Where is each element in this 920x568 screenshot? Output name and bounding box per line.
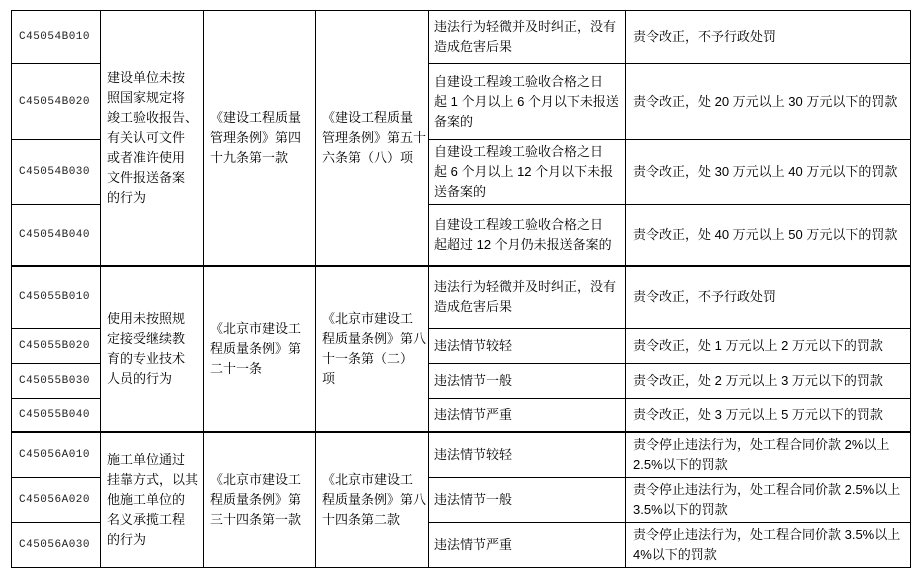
- code-cell: C45054B030: [12, 140, 101, 205]
- penalty-discretion-table: C45054B010 建设单位未按 照国家规定将 竣工验收报告、 有关认可文件 …: [11, 10, 911, 568]
- penalty-cell: 责令改正，处 20 万元以上 30 万元以下的罚款: [626, 64, 911, 140]
- penalty-cell: 责令改正，处 3 万元以上 5 万元以下的罚款: [626, 399, 911, 432]
- penalty-cell: 责令改正，不予行政处罚: [626, 266, 911, 329]
- penalty-cell: 责令停止违法行为，处工程合同价款 2.5%以上 3.5%以下的罚款: [626, 477, 911, 522]
- circumstance-cell: 违法情节较轻: [429, 329, 626, 364]
- circumstance-cell: 自建设工程竣工验收合格之日 起超过 12 个月仍未报送备案的: [429, 205, 626, 266]
- behavior-cell: 建设单位未按 照国家规定将 竣工验收报告、 有关认可文件 或者准许使用 文件报送…: [101, 11, 204, 266]
- behavior-cell: 使用未按照规 定接受继续教 育的专业技术 人员的行为: [101, 266, 204, 432]
- code-cell: C45054B020: [12, 64, 101, 140]
- code-cell: C45056A010: [12, 432, 101, 478]
- code-cell: C45055B020: [12, 329, 101, 364]
- penalty-cell: 责令停止违法行为，处工程合同价款 3.5%以上 4%以下的罚款: [626, 522, 911, 567]
- legal-basis-cell: 《北京市建设工 程质量条例》第 二十一条: [204, 266, 316, 432]
- code-cell: C45056A020: [12, 477, 101, 522]
- circumstance-cell: 违法情节一般: [429, 364, 626, 399]
- code-cell: C45055B040: [12, 399, 101, 432]
- penalty-cell: 责令停止违法行为，处工程合同价款 2%以上 2.5%以下的罚款: [626, 432, 911, 478]
- penalty-cell: 责令改正，不予行政处罚: [626, 11, 911, 64]
- penalty-basis-cell: 《北京市建设工 程质量条例》第八 十一条第（二） 项: [316, 266, 429, 432]
- penalty-basis-cell: 《建设工程质量 管理条例》第五十 六条第（八）项: [316, 11, 429, 266]
- circumstance-cell: 违法情节严重: [429, 399, 626, 432]
- code-cell: C45056A030: [12, 522, 101, 567]
- penalty-basis-cell: 《北京市建设工 程质量条例》第八 十四条第二款: [316, 432, 429, 568]
- circumstance-cell: 自建设工程竣工验收合格之日 起 6 个月以上 12 个月以下未报 送备案的: [429, 140, 626, 205]
- circumstance-cell: 自建设工程竣工验收合格之日 起 1 个月以上 6 个月以下未报送 备案的: [429, 64, 626, 140]
- penalty-cell: 责令改正，处 1 万元以上 2 万元以下的罚款: [626, 329, 911, 364]
- circumstance-cell: 违法情节较轻: [429, 432, 626, 478]
- penalty-cell: 责令改正，处 2 万元以上 3 万元以下的罚款: [626, 364, 911, 399]
- circumstance-cell: 违法行为轻微并及时纠正，没有 造成危害后果: [429, 266, 626, 329]
- legal-basis-cell: 《建设工程质量 管理条例》第四 十九条第一款: [204, 11, 316, 266]
- code-cell: C45054B040: [12, 205, 101, 266]
- code-cell: C45055B010: [12, 266, 101, 329]
- circumstance-cell: 违法情节严重: [429, 522, 626, 567]
- legal-basis-cell: 《北京市建设工 程质量条例》第 三十四条第一款: [204, 432, 316, 568]
- circumstance-cell: 违法情节一般: [429, 477, 626, 522]
- code-cell: C45054B010: [12, 11, 101, 64]
- penalty-cell: 责令改正，处 40 万元以上 50 万元以下的罚款: [626, 205, 911, 266]
- penalty-cell: 责令改正，处 30 万元以上 40 万元以下的罚款: [626, 140, 911, 205]
- circumstance-cell: 违法行为轻微并及时纠正，没有 造成危害后果: [429, 11, 626, 64]
- code-cell: C45055B030: [12, 364, 101, 399]
- behavior-cell: 施工单位通过 挂靠方式，以其 他施工单位的 名义承揽工程 的行为: [101, 432, 204, 568]
